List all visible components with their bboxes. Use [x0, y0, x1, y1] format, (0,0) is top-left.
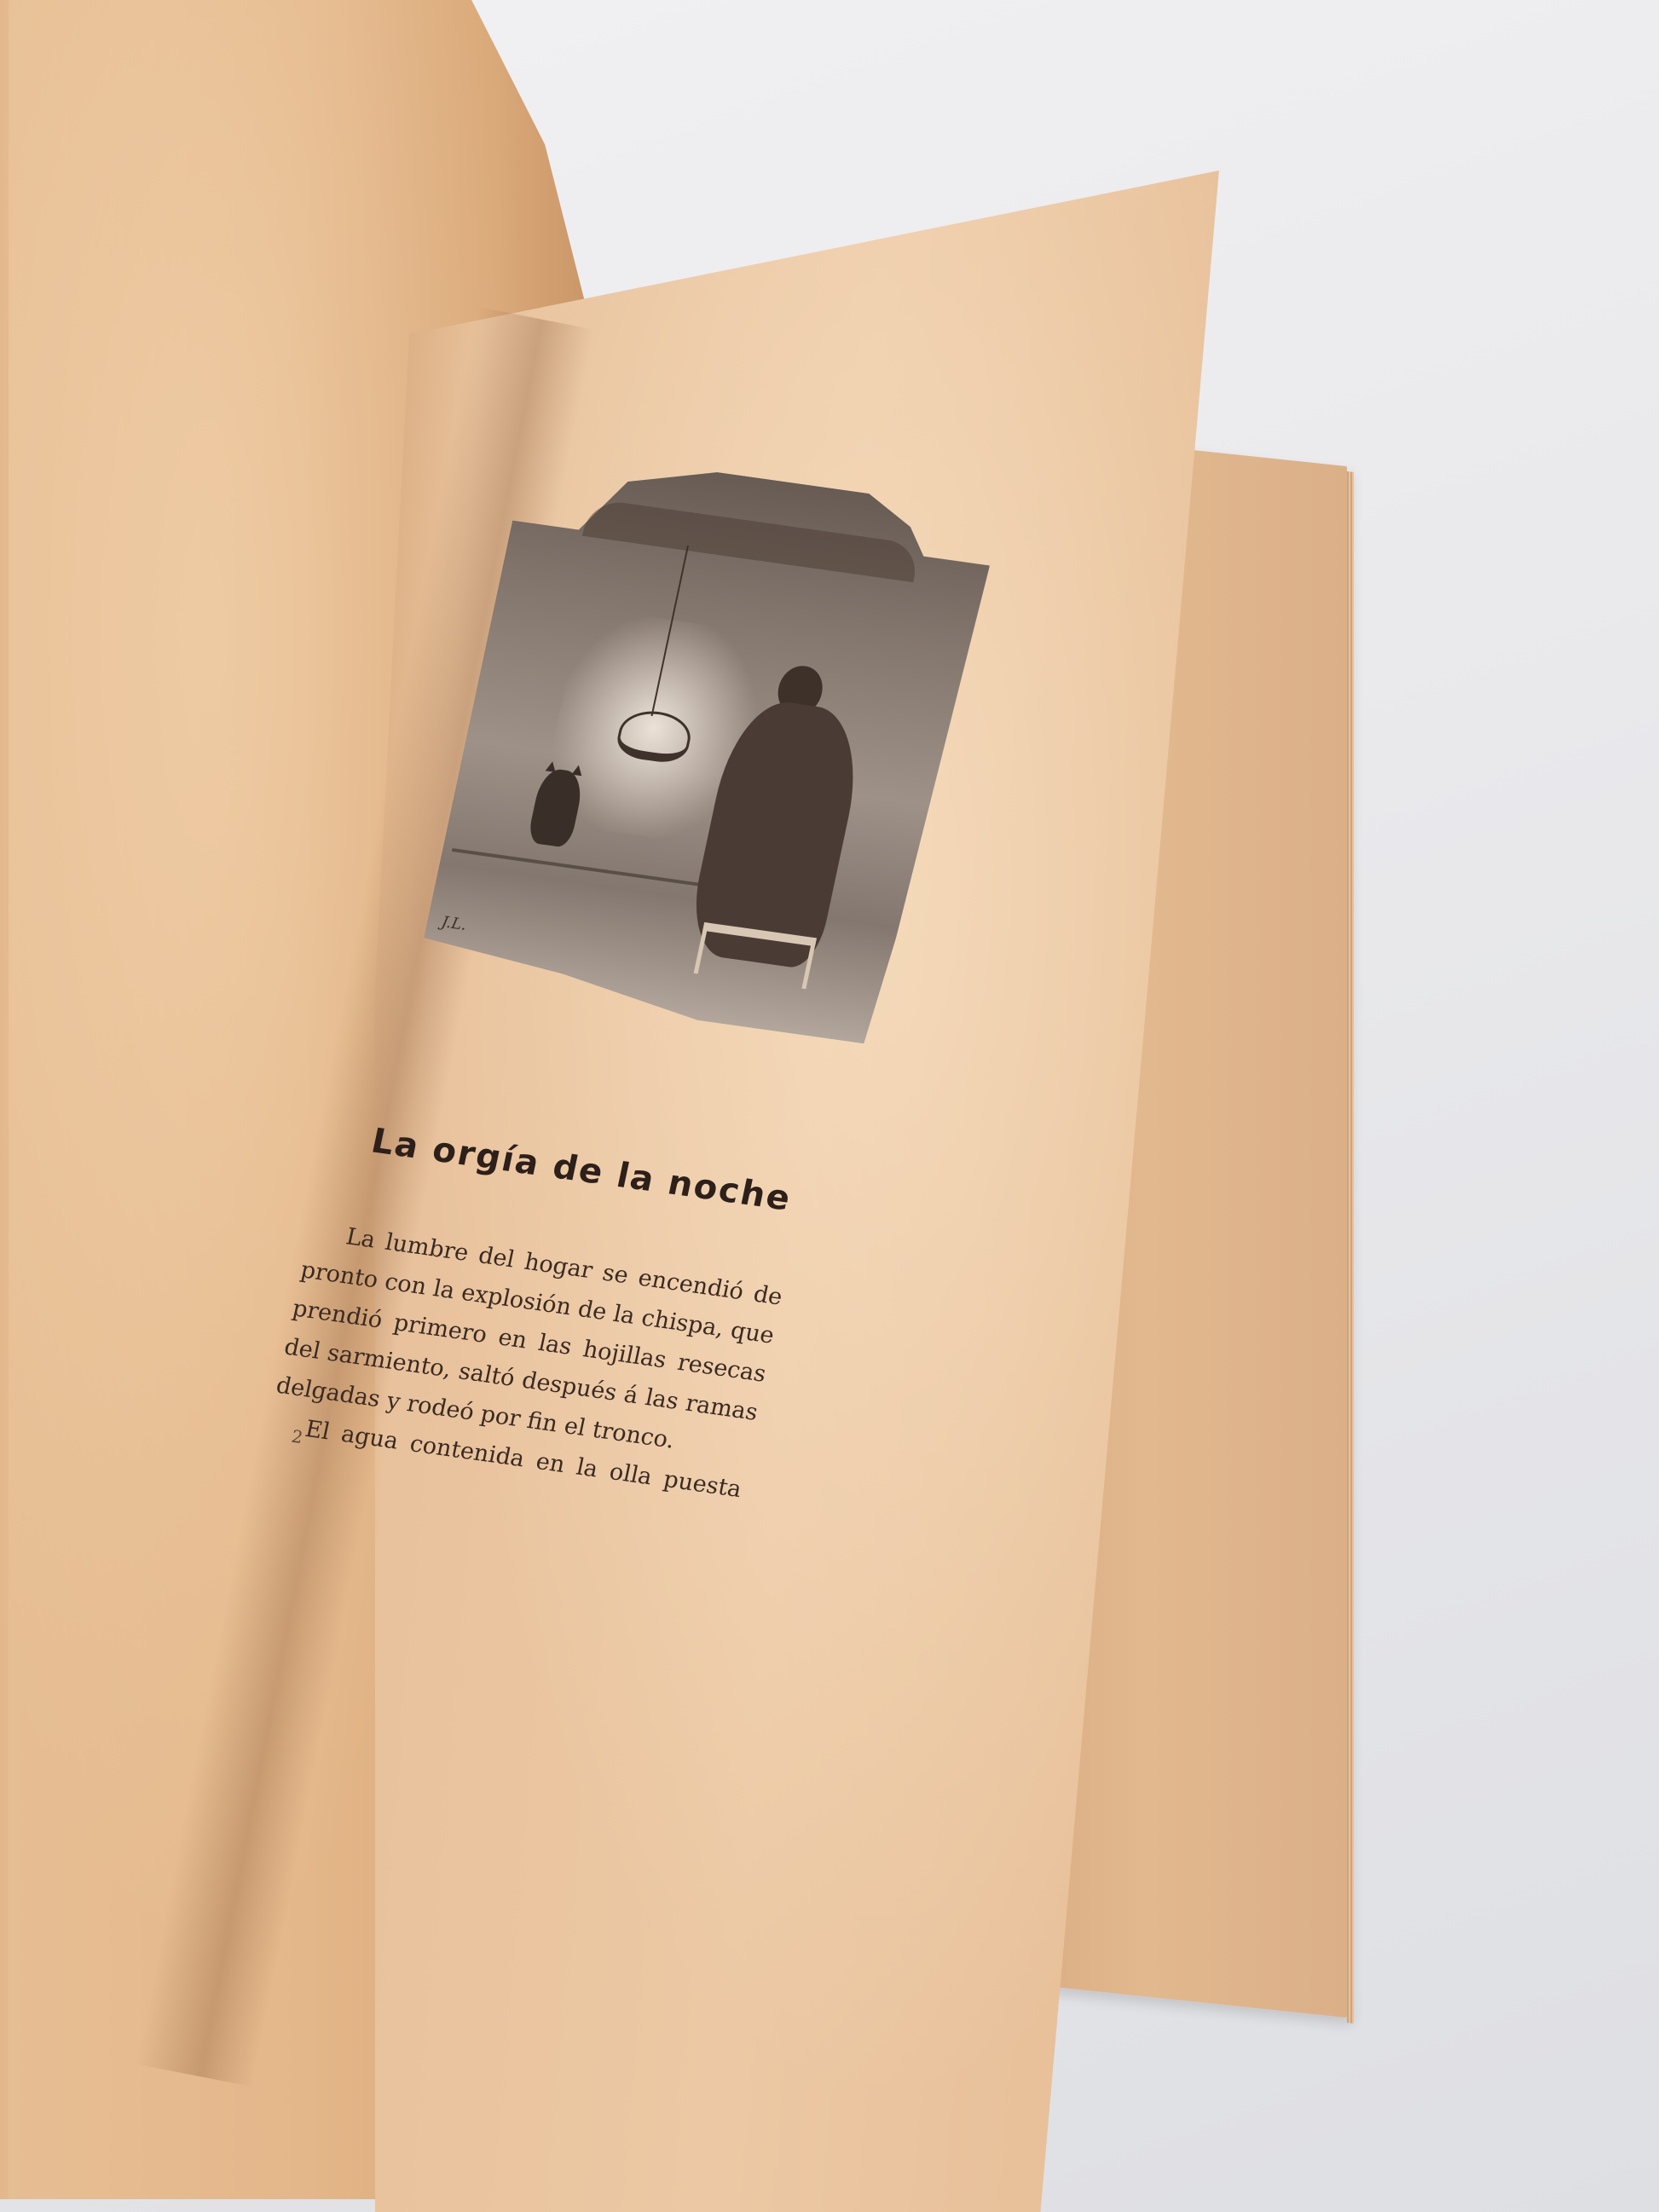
illustrator-signature: J.L.: [440, 913, 468, 934]
chapter-title: La orgía de la noche: [367, 1122, 907, 1235]
hearth-illustration: J.L.: [414, 446, 1001, 1047]
book-photo-scene: J.L. La orgía de la noche La lumbre del …: [0, 0, 1659, 2212]
